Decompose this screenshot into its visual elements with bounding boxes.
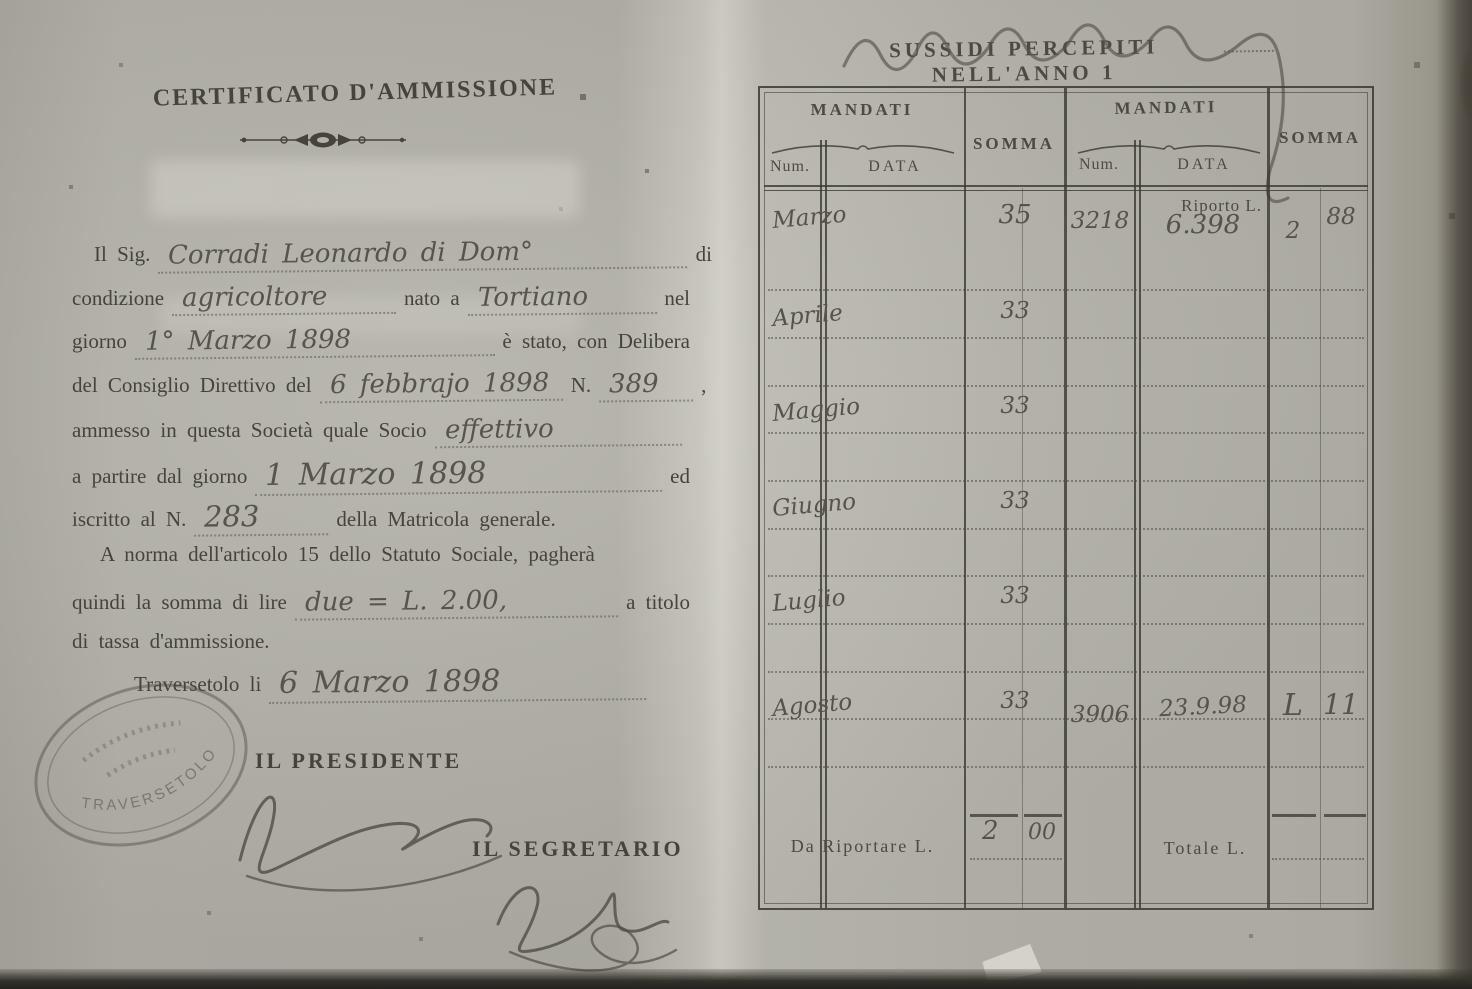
riporto-value: 6.398 [1142,210,1264,240]
mandato-number: 3906 [1066,702,1134,728]
secretary-signature [450,862,700,982]
handwritten-member-type: effettivo [434,413,682,449]
body-line: Il Sig. Corradi Leonardo di Dom° di [72,238,712,271]
body-line: di tassa d'ammissione. [72,629,690,654]
total-rule [1324,814,1366,817]
body-line: a partire dal giorno 1 Marzo 1898 ed [72,456,690,494]
printed-text: quindi la somma di lire [72,590,287,615]
footer-dotted-line [970,858,1062,860]
totale-label: Totale L. [1142,838,1268,859]
scanned-booklet: CERTIFICATO D'AMMISSIONE Il Sig. Corradi… [0,0,1472,989]
subsidies-table: MANDATI SOMMA MANDATI SOMMA Num. DATA Nu… [758,86,1374,910]
bleed-through-ghost [150,160,580,218]
body-line: iscritto al N. 283 della Matricola gener… [72,499,690,536]
certificate-title: CERTIFICATO D'AMMISSIONE [120,73,591,113]
mandati-header-left: MANDATI [760,100,964,120]
somma-header-right: SOMMA [1268,128,1372,148]
handwritten-occupation: agricoltore [172,281,396,316]
handwritten-registry-number: 283 [194,498,328,536]
printed-text: A norma dell'articolo 15 dello Statuto S… [100,542,595,567]
printed-text: è stato, con Delibera [502,329,690,354]
printed-text: nato a [404,286,460,311]
mandati-header-right: MANDATI [1064,96,1268,120]
num-header-left: Num. [760,158,820,176]
brace-right [1074,140,1264,156]
data-header-right: DATA [1140,156,1268,174]
month-entry: Luglio [771,575,958,617]
somma-value: 35 [970,200,1060,230]
num-header-right: Num. [1064,156,1134,174]
somma-value: 33 [970,393,1060,419]
header-rule [764,190,1368,191]
body-line: ammesso in questa Società quale Socio ef… [72,414,690,447]
printed-text: condizione [72,286,164,311]
printed-text: a titolo [626,590,690,615]
month-entry: Maggio [771,385,958,427]
da-riportare-label: Da Riportare L. [760,836,965,857]
handwritten-start-date: 1 Marzo 1898 [255,454,662,496]
somma-header-left: SOMMA [964,134,1064,154]
total-rule [1272,814,1316,817]
footer-dotted-line [1272,858,1364,860]
printed-text: della Matricola generale. [336,507,555,532]
data-header-left: DATA [826,158,964,176]
handwritten-issue-date: 6 Marzo 1898 [269,662,646,704]
handwritten-name: Corradi Leonardo di Dom° [158,235,688,274]
handwritten-deliberation-number: 389 [599,369,693,403]
book-bottom-edge [0,969,1472,989]
paper-speckles [0,0,2,2]
secretary-label: IL SEGRETARIO [472,836,684,862]
printed-text: di [696,242,712,267]
header-rule [764,185,1368,187]
body-line: del Consiglio Direttivo del 6 febbrajo 1… [72,369,690,402]
somma-lire: L [1270,688,1316,723]
printed-text: ed [670,464,690,489]
somma-value: 33 [970,583,1060,609]
body-line: giorno 1° Marzo 1898 è stato, con Delibe… [72,325,690,358]
somma-value: 33 [970,488,1060,514]
printed-text: , [701,373,706,398]
table-row: Agosto 33 3906 23.9.98 L 11 [760,688,1372,780]
month-entry: Giugno [771,480,958,522]
table-row: Maggio 33 [760,393,1372,485]
handwritten-fee-amount: due = L. 2.00, [295,584,619,620]
printed-text: giorno [72,329,127,354]
table-row: Aprile 33 [760,298,1372,390]
month-entry: Aprile [771,290,958,332]
somma-value: 33 [970,688,1060,714]
total-rule [1024,814,1062,817]
da-riportare-centesimi: 00 [1028,820,1056,845]
mandato-date: 23.9.98 [1141,691,1264,723]
month-entry: Marzo [771,192,958,234]
printed-text: N. [571,373,591,398]
ornamental-divider [238,126,408,152]
somma-lire: 2 [1270,218,1316,244]
table-row: Luglio 33 [760,583,1372,675]
body-line: condizione agricoltore nato a Tortiano n… [72,282,690,315]
somma-centesimi: 11 [1318,688,1364,721]
table-row: Giugno 33 [760,488,1372,580]
printed-text: iscritto al N. [72,507,186,532]
somma-centesimi: 88 [1318,204,1364,230]
book-right-edge [1436,0,1472,989]
printed-text: ammesso in questa Società quale Socio [72,418,427,443]
printed-text: di tassa d'ammissione. [72,629,270,654]
printed-text: del Consiglio Direttivo del [72,373,312,398]
brace-left [768,140,958,156]
printed-text: a partire dal giorno [72,464,247,489]
handwritten-deliberation-date: 6 febbrajo 1898 [319,368,563,404]
handwritten-birthplace: Tortiano [468,281,657,316]
body-line: quindi la somma di lire due = L. 2.00, a… [72,586,690,619]
mandato-number: 3218 [1066,208,1134,234]
president-label: IL PRESIDENTE [255,748,462,774]
table-row: Marzo 35 3218 6.398 2 88 [760,200,1372,292]
body-line: A norma dell'articolo 15 dello Statuto S… [72,542,718,567]
month-entry: Agosto [771,680,958,722]
printed-text: nel [664,286,690,311]
handwritten-birthdate: 1° Marzo 1898 [135,323,495,360]
printed-text: Il Sig. [94,242,150,267]
somma-value: 33 [970,298,1060,324]
da-riportare-lire: 2 [982,816,999,846]
